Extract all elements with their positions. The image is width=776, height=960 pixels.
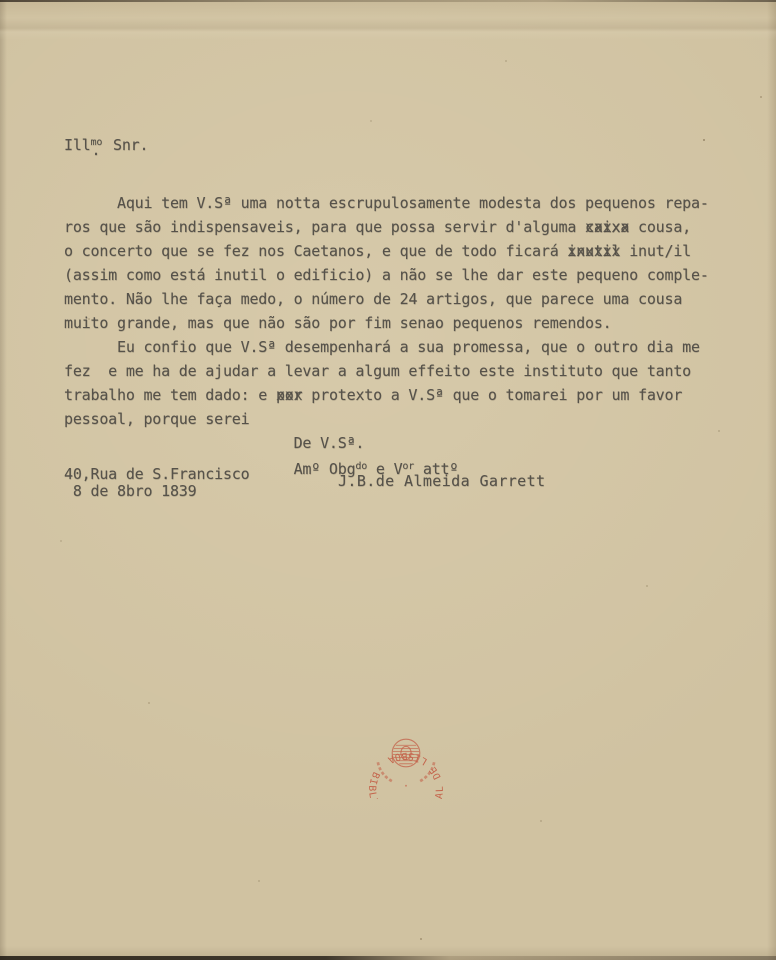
stamp-ring-text: BIBLIOTECA NACIONAL DE LISBOA xyxy=(366,750,446,799)
letter-text: Illmo Snr. Aqui tem V.Sª uma notta escru… xyxy=(64,131,709,479)
letter-line: o concerto que se fez nos Caetanos, e qu… xyxy=(64,239,709,263)
salutation-gap xyxy=(64,155,709,191)
signature: J.B.de Almeida Garrett xyxy=(338,472,545,490)
letter-line: ros que são indispensaveis, para que pos… xyxy=(64,215,709,239)
sender-address: 40,Rua de S.Francisco 8 de 8bro 1839 xyxy=(64,466,249,500)
scan-edge-bottom xyxy=(0,956,776,960)
letter-scan-page: Illmo Snr. Aqui tem V.Sª uma notta escru… xyxy=(0,0,776,960)
library-stamp: BIBLIOTECA NACIONAL DE LISBOA xyxy=(360,707,452,799)
salutation: Illmo Snr. xyxy=(64,131,709,155)
letter-line: mento. Não lhe faça medo, o número de 24… xyxy=(64,287,709,311)
scan-edge-top xyxy=(0,0,776,2)
letter-line: Eu confio que V.Sª desempenhará a sua pr… xyxy=(64,335,709,359)
address-line: 8 de 8bro 1839 xyxy=(64,483,249,500)
overstruck-word: caixa xyxy=(585,215,629,239)
letter-line: Aqui tem V.Sª uma notta escrupulosamente… xyxy=(64,191,709,215)
closing-line: De V.Sª. xyxy=(64,431,709,455)
letter-body: Aqui tem V.Sª uma notta escrupulosamente… xyxy=(64,191,709,431)
address-line: 40,Rua de S.Francisco xyxy=(64,466,249,483)
overstruck-word: por xyxy=(276,383,303,407)
overstruck-word: inutil xyxy=(567,239,620,263)
letter-line: muito grande, mas que não são por fim se… xyxy=(64,311,709,335)
letter-line: pessoal, porque serei xyxy=(64,407,709,431)
letter-line: fez e me ha de ajudar a levar a algum ef… xyxy=(64,359,709,383)
letter-line: (assim como está inutil o edificio) a nã… xyxy=(64,263,709,287)
letter-line: trabalho me tem dado: e por protexto a V… xyxy=(64,383,709,407)
